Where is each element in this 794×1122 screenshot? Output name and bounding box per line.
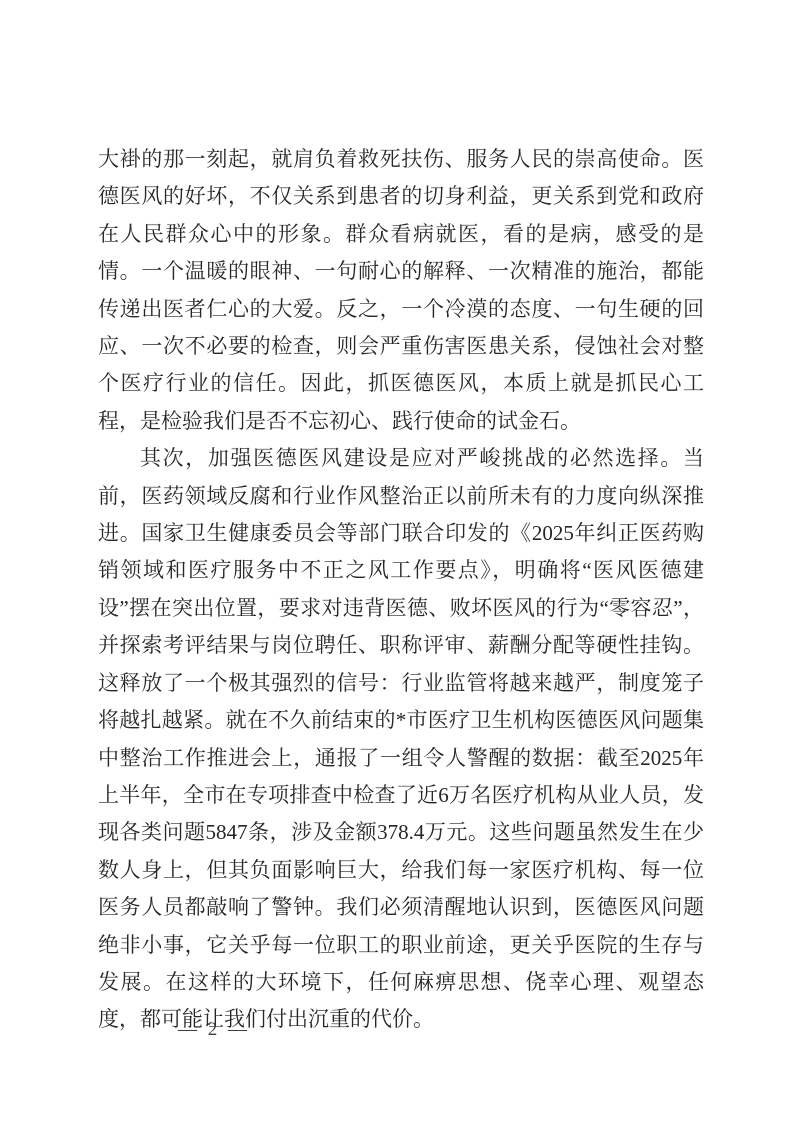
paragraph-second: 其次，加强医德医风建设是应对严峻挑战的必然选择。当前，医药领域反腐和行业作风整治… [98, 440, 704, 1039]
page-number: — 2 — [178, 1019, 250, 1041]
document-page: 大褂的那一刻起，就肩负着救死扶伤、服务人民的崇高使命。医德医风的好坏，不仅关系到… [0, 0, 794, 1122]
document-body: 大褂的那一刻起，就肩负着救死扶伤、服务人民的崇高使命。医德医风的好坏，不仅关系到… [98, 141, 704, 1039]
paragraph-continuation: 大褂的那一刻起，就肩负着救死扶伤、服务人民的崇高使命。医德医风的好坏，不仅关系到… [98, 141, 704, 440]
